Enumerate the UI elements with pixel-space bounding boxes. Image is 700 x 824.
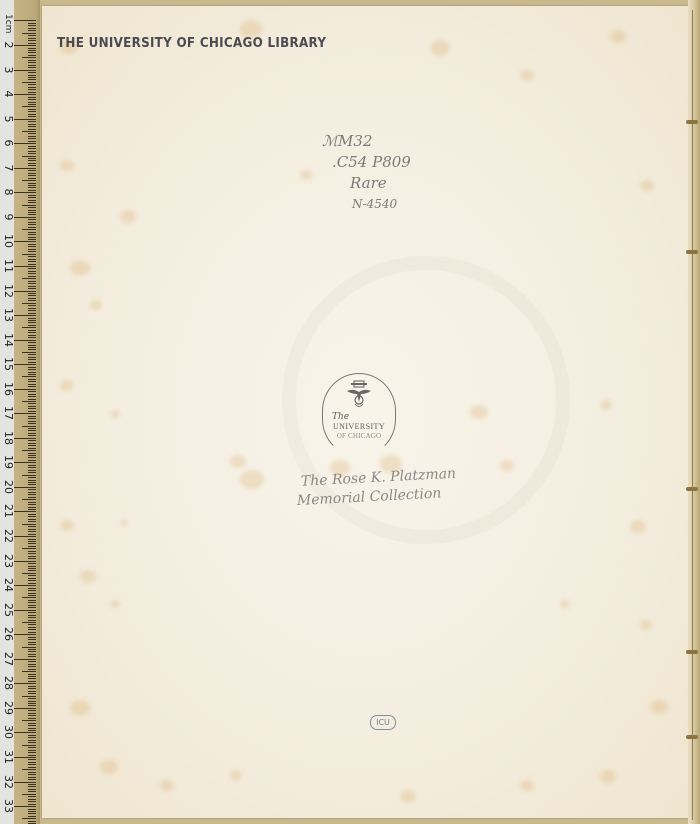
ruler-tick [14,634,36,635]
ruler-tick [28,141,36,142]
foxing-spot [120,210,136,223]
ruler-tick [28,28,36,29]
ruler-tick [28,23,36,24]
ruler-tick [28,526,36,527]
ruler-tick [28,433,36,434]
foxing-spot [560,600,570,608]
ruler-tick [14,585,36,586]
ruler-tick [28,494,36,495]
ruler-tick [28,457,36,458]
call-number-line: ℳM32 [322,131,411,152]
ruler-tick [22,818,36,819]
ruler-tick [28,195,36,196]
ruler-tick [28,534,36,535]
ruler-tick [22,720,36,721]
university-bookplate-stamp: The UNIVERSITY OF CHICAGO [322,373,396,457]
ruler-tick [28,408,36,409]
ruler-tick [22,524,36,525]
ruler-number: 11 [1,259,15,273]
ruler-tick [22,475,36,476]
ruler-tick [28,359,36,360]
ruler-number: 4 [1,87,15,101]
foxing-spot [70,260,90,276]
ruler-tick [28,227,36,228]
ruler-tick [28,710,36,711]
ruler-tick [28,399,36,400]
ruler-tick [28,190,36,191]
ruler-tick [28,222,36,223]
foxing-spot [80,570,96,583]
ruler-number: 26 [1,627,15,641]
ruler-tick [28,723,36,724]
ruler-tick [28,97,36,98]
ruler-tick [28,767,36,768]
ruler-tick [28,308,36,309]
ruler-tick [28,335,36,336]
ruler-tick [28,430,36,431]
ruler-number: 27 [1,652,15,666]
ruler-tick [28,202,36,203]
ruler-tick [28,472,36,473]
bookplate-university: UNIVERSITY [323,422,395,431]
ruler-tick [28,259,36,260]
ruler-tick [28,72,36,73]
ruler-tick [28,165,36,166]
ruler-tick [28,681,36,682]
ruler-tick [28,170,36,171]
ruler-tick [14,683,36,684]
ruler-tick [28,256,36,257]
ruler-tick [28,239,36,240]
call-number: ℳM32 .C54 P809 Rare N-4540 [322,131,411,215]
ruler-tick [28,89,36,90]
ruler-tick [28,602,36,603]
ruler-tick [28,443,36,444]
bookplate-of-chicago: OF CHICAGO [323,432,395,440]
ruler-tick [28,372,36,373]
ruler-tick [28,460,36,461]
ruler-number: 22 [1,529,15,543]
ruler-tick [28,320,36,321]
ruler-tick [28,403,36,404]
ruler-tick [22,696,36,697]
ruler-tick [14,732,36,733]
ruler-tick [14,413,36,414]
ruler-tick [28,281,36,282]
ruler-tick [28,740,36,741]
ruler-number: 20 [1,480,15,494]
ruler-tick [28,298,36,299]
ruler-tick [28,651,36,652]
ruler-tick [28,445,36,446]
ruler-number: 28 [1,676,15,690]
ruler-tick [28,273,36,274]
ruler-tick [28,470,36,471]
ruler-tick [28,688,36,689]
ruler-tick [28,492,36,493]
ruler-tick [28,111,36,112]
ruler-tick [28,136,36,137]
ruler-tick [22,647,36,648]
ruler-tick [22,106,36,107]
ruler-tick [28,777,36,778]
ruler-tick [28,369,36,370]
call-number-line: .C54 P809 [322,152,411,173]
ruler-tick [28,502,36,503]
ruler-tick [28,38,36,39]
ruler-tick [28,313,36,314]
ruler-tick [28,698,36,699]
ruler-tick [28,374,36,375]
ruler-tick [22,499,36,500]
binding-stitch [686,735,698,739]
ruler-tick [14,45,36,46]
ruler-tick [28,627,36,628]
ruler-tick [14,462,36,463]
ruler-tick [28,337,36,338]
ruler-tick [28,300,36,301]
ruler-tick [28,590,36,591]
ruler-tick [28,67,36,68]
ruler-number: 15 [1,357,15,371]
ruler-tick [28,183,36,184]
ruler-tick [28,539,36,540]
ruler-tick [14,266,36,267]
ruler-tick [28,816,36,817]
ruler-tick [28,568,36,569]
ruler-tick [28,212,36,213]
ruler-tick [14,389,36,390]
ruler-number: 31 [1,750,15,764]
ruler-tick [14,340,36,341]
ruler-tick [28,519,36,520]
ruler-tick [28,664,36,665]
ruler-tick [28,62,36,63]
ruler-tick [28,121,36,122]
ruler-number: 13 [1,308,15,322]
ruler-tick [28,418,36,419]
ruler-tick [28,644,36,645]
ruler-tick [28,283,36,284]
ruler-tick [22,548,36,549]
ruler-tick [22,597,36,598]
ruler-tick [28,789,36,790]
ruler-tick [28,654,36,655]
ruler-tick [28,553,36,554]
ruler-tick [28,342,36,343]
binding-stitch [686,487,698,491]
ruler-tick [28,354,36,355]
ruler-tick [28,686,36,687]
ruler-tick [28,507,36,508]
ruler-tick [28,52,36,53]
ruler-tick [14,536,36,537]
ruler-tick [28,138,36,139]
ruler-number: 29 [1,701,15,715]
ruler-tick [28,25,36,26]
ruler-tick [28,467,36,468]
ruler-tick [28,578,36,579]
ruler-tick [28,701,36,702]
call-number-line: Rare [322,173,411,194]
phoenix-crest-icon [345,380,373,410]
ruler-tick [28,747,36,748]
ruler-tick [28,114,36,115]
ruler-tick [28,632,36,633]
ruler-tick [28,109,36,110]
ruler-number: 30 [1,725,15,739]
ruler-tick [28,656,36,657]
ruler-tick [14,217,36,218]
ruler-tick [28,529,36,530]
ruler-tick [28,558,36,559]
ruler-tick [14,241,36,242]
ruler-tick [28,718,36,719]
ruler-tick [28,620,36,621]
foxing-spot [600,400,612,410]
ruler-tick [28,453,36,454]
ruler-number: 23 [1,554,15,568]
ruler-tick [28,362,36,363]
foxing-spot [240,470,264,489]
ruler-tick [22,57,36,58]
foxing-spot [90,300,102,310]
ruler-tick [28,639,36,640]
foxing-spot [430,40,450,56]
ruler-tick [28,772,36,773]
ruler-tick [28,200,36,201]
ruler-tick [28,268,36,269]
ruler-tick [22,254,36,255]
ruler-tick [28,151,36,152]
ruler-tick [28,484,36,485]
binding-stitch [686,120,698,124]
ruler-tick [28,92,36,93]
ruler-tick [28,251,36,252]
ruler-tick [22,401,36,402]
ruler-tick [14,610,36,611]
ruler-tick [28,762,36,763]
ruler-tick [28,246,36,247]
foxing-spot [240,20,262,38]
ruler-tick [28,237,36,238]
ruler-number: 33 [1,799,15,813]
ruler-number: 19 [1,455,15,469]
ruler-tick [28,330,36,331]
ruler-tick [28,214,36,215]
ruler-tick [28,570,36,571]
foxing-spot [400,790,416,803]
ruler-tick [28,676,36,677]
ruler-tick [14,364,36,365]
ruler-number: 3 [1,63,15,77]
ruler-tick [28,703,36,704]
ruler-tick [28,345,36,346]
ruler-tick [28,713,36,714]
ruler-tick [28,126,36,127]
ruler-tick [28,146,36,147]
ruler-tick [28,197,36,198]
ruler-tick [28,674,36,675]
ruler-tick [28,728,36,729]
ruler-tick [28,615,36,616]
ruler-tick [28,293,36,294]
ruler-tick [28,796,36,797]
ruler-tick [28,276,36,277]
ruler-tick [28,580,36,581]
ruler-tick [28,318,36,319]
ruler-tick [22,205,36,206]
ruler-tick [28,730,36,731]
ruler-tick [22,352,36,353]
ruler-tick [28,207,36,208]
ruler-tick [22,376,36,377]
ruler-tick [28,566,36,567]
ruler-tick [28,791,36,792]
call-number-line: N-4540 [322,194,411,215]
ruler-tick [28,416,36,417]
ruler-tick [28,244,36,245]
ruler-number: 9 [1,210,15,224]
ruler-tick [28,30,36,31]
ruler-tick [28,691,36,692]
ruler-tick [22,156,36,157]
ruler-tick [28,79,36,80]
ruler-tick [14,511,36,512]
ruler-tick [28,421,36,422]
ruler-tick [28,133,36,134]
ruler-tick [28,607,36,608]
ruler-tick [28,593,36,594]
ruler-tick [28,102,36,103]
ruler-tick [14,94,36,95]
ruler-tick [28,497,36,498]
ruler-number: 5 [1,112,15,126]
ruler-tick [28,384,36,385]
ruler-tick [28,60,36,61]
ruler-tick [28,605,36,606]
ruler-tick [22,82,36,83]
ruler-tick [28,612,36,613]
ruler-tick [28,332,36,333]
ruler-tick [22,180,36,181]
ruler-tick [28,642,36,643]
ruler-tick [28,84,36,85]
ruler-tick [28,322,36,323]
ruler-tick [28,774,36,775]
ruler-tick [28,87,36,88]
ruler-tick [28,742,36,743]
ruler-tick [28,219,36,220]
ruler-tick [28,65,36,66]
ruler-tick [28,465,36,466]
ruler-tick [28,755,36,756]
ruler-number: 6 [1,136,15,150]
ruler-tick [28,489,36,490]
ruler-tick [28,546,36,547]
ruler-tick [28,305,36,306]
ruler-tick [28,813,36,814]
ruler-tick [28,435,36,436]
ruler-tick [28,210,36,211]
ruler-tick [28,249,36,250]
foxing-spot [610,30,626,43]
ruler-tick [28,357,36,358]
ruler-number: 7 [1,161,15,175]
ruler-number: 32 [1,775,15,789]
ruler-tick [28,325,36,326]
ruler-tick [28,588,36,589]
ruler-tick [28,752,36,753]
ruler-tick [22,769,36,770]
ruler-tick [28,811,36,812]
ruler-tick [28,693,36,694]
ruler-tick [28,185,36,186]
ruler-tick [22,278,36,279]
ruler-tick [28,178,36,179]
ruler-tick [28,480,36,481]
ruler-tick [14,70,36,71]
ruler-tick [14,487,36,488]
ruler-tick [14,168,36,169]
ruler-tick [28,261,36,262]
ruler-tick [28,556,36,557]
ruler-tick [28,784,36,785]
ruler-tick [28,411,36,412]
ruler-number: 24 [1,578,15,592]
ruler-tick [28,521,36,522]
ruler-tick [28,75,36,76]
ruler-number: 2 [1,38,15,52]
bookplate-the: The [332,412,349,422]
binding-stitch [686,650,698,654]
ruler-tick [14,20,36,21]
ruler-tick [28,779,36,780]
ruler-tick [28,40,36,41]
ruler-tick [28,678,36,679]
ruler-tick [28,477,36,478]
foxing-spot [70,700,90,716]
ruler-tick [28,286,36,287]
ruler-tick [28,160,36,161]
foxing-spot [230,455,246,468]
ruler-tick [28,77,36,78]
ruler-tick [28,187,36,188]
ruler-tick [28,801,36,802]
ruler-tick [22,229,36,230]
ruler-tick [22,33,36,34]
ruler-tick [28,440,36,441]
ruler-tick [28,379,36,380]
ruler-tick [28,48,36,49]
ruler-tick [28,669,36,670]
binding-stitch [686,250,698,254]
ruler-tick [28,406,36,407]
ruler-tick [14,143,36,144]
ruler-tick [28,821,36,822]
foxing-spot [640,620,652,630]
ruler-tick [28,124,36,125]
ruler-tick [28,99,36,100]
ruler-tick [28,35,36,36]
ruler-tick [28,288,36,289]
ruler-tick [14,192,36,193]
ruler-tick [14,291,36,292]
ruler-tick [22,794,36,795]
ruler-number: 25 [1,603,15,617]
ruler-tick [28,129,36,130]
ruler-tick [28,264,36,265]
